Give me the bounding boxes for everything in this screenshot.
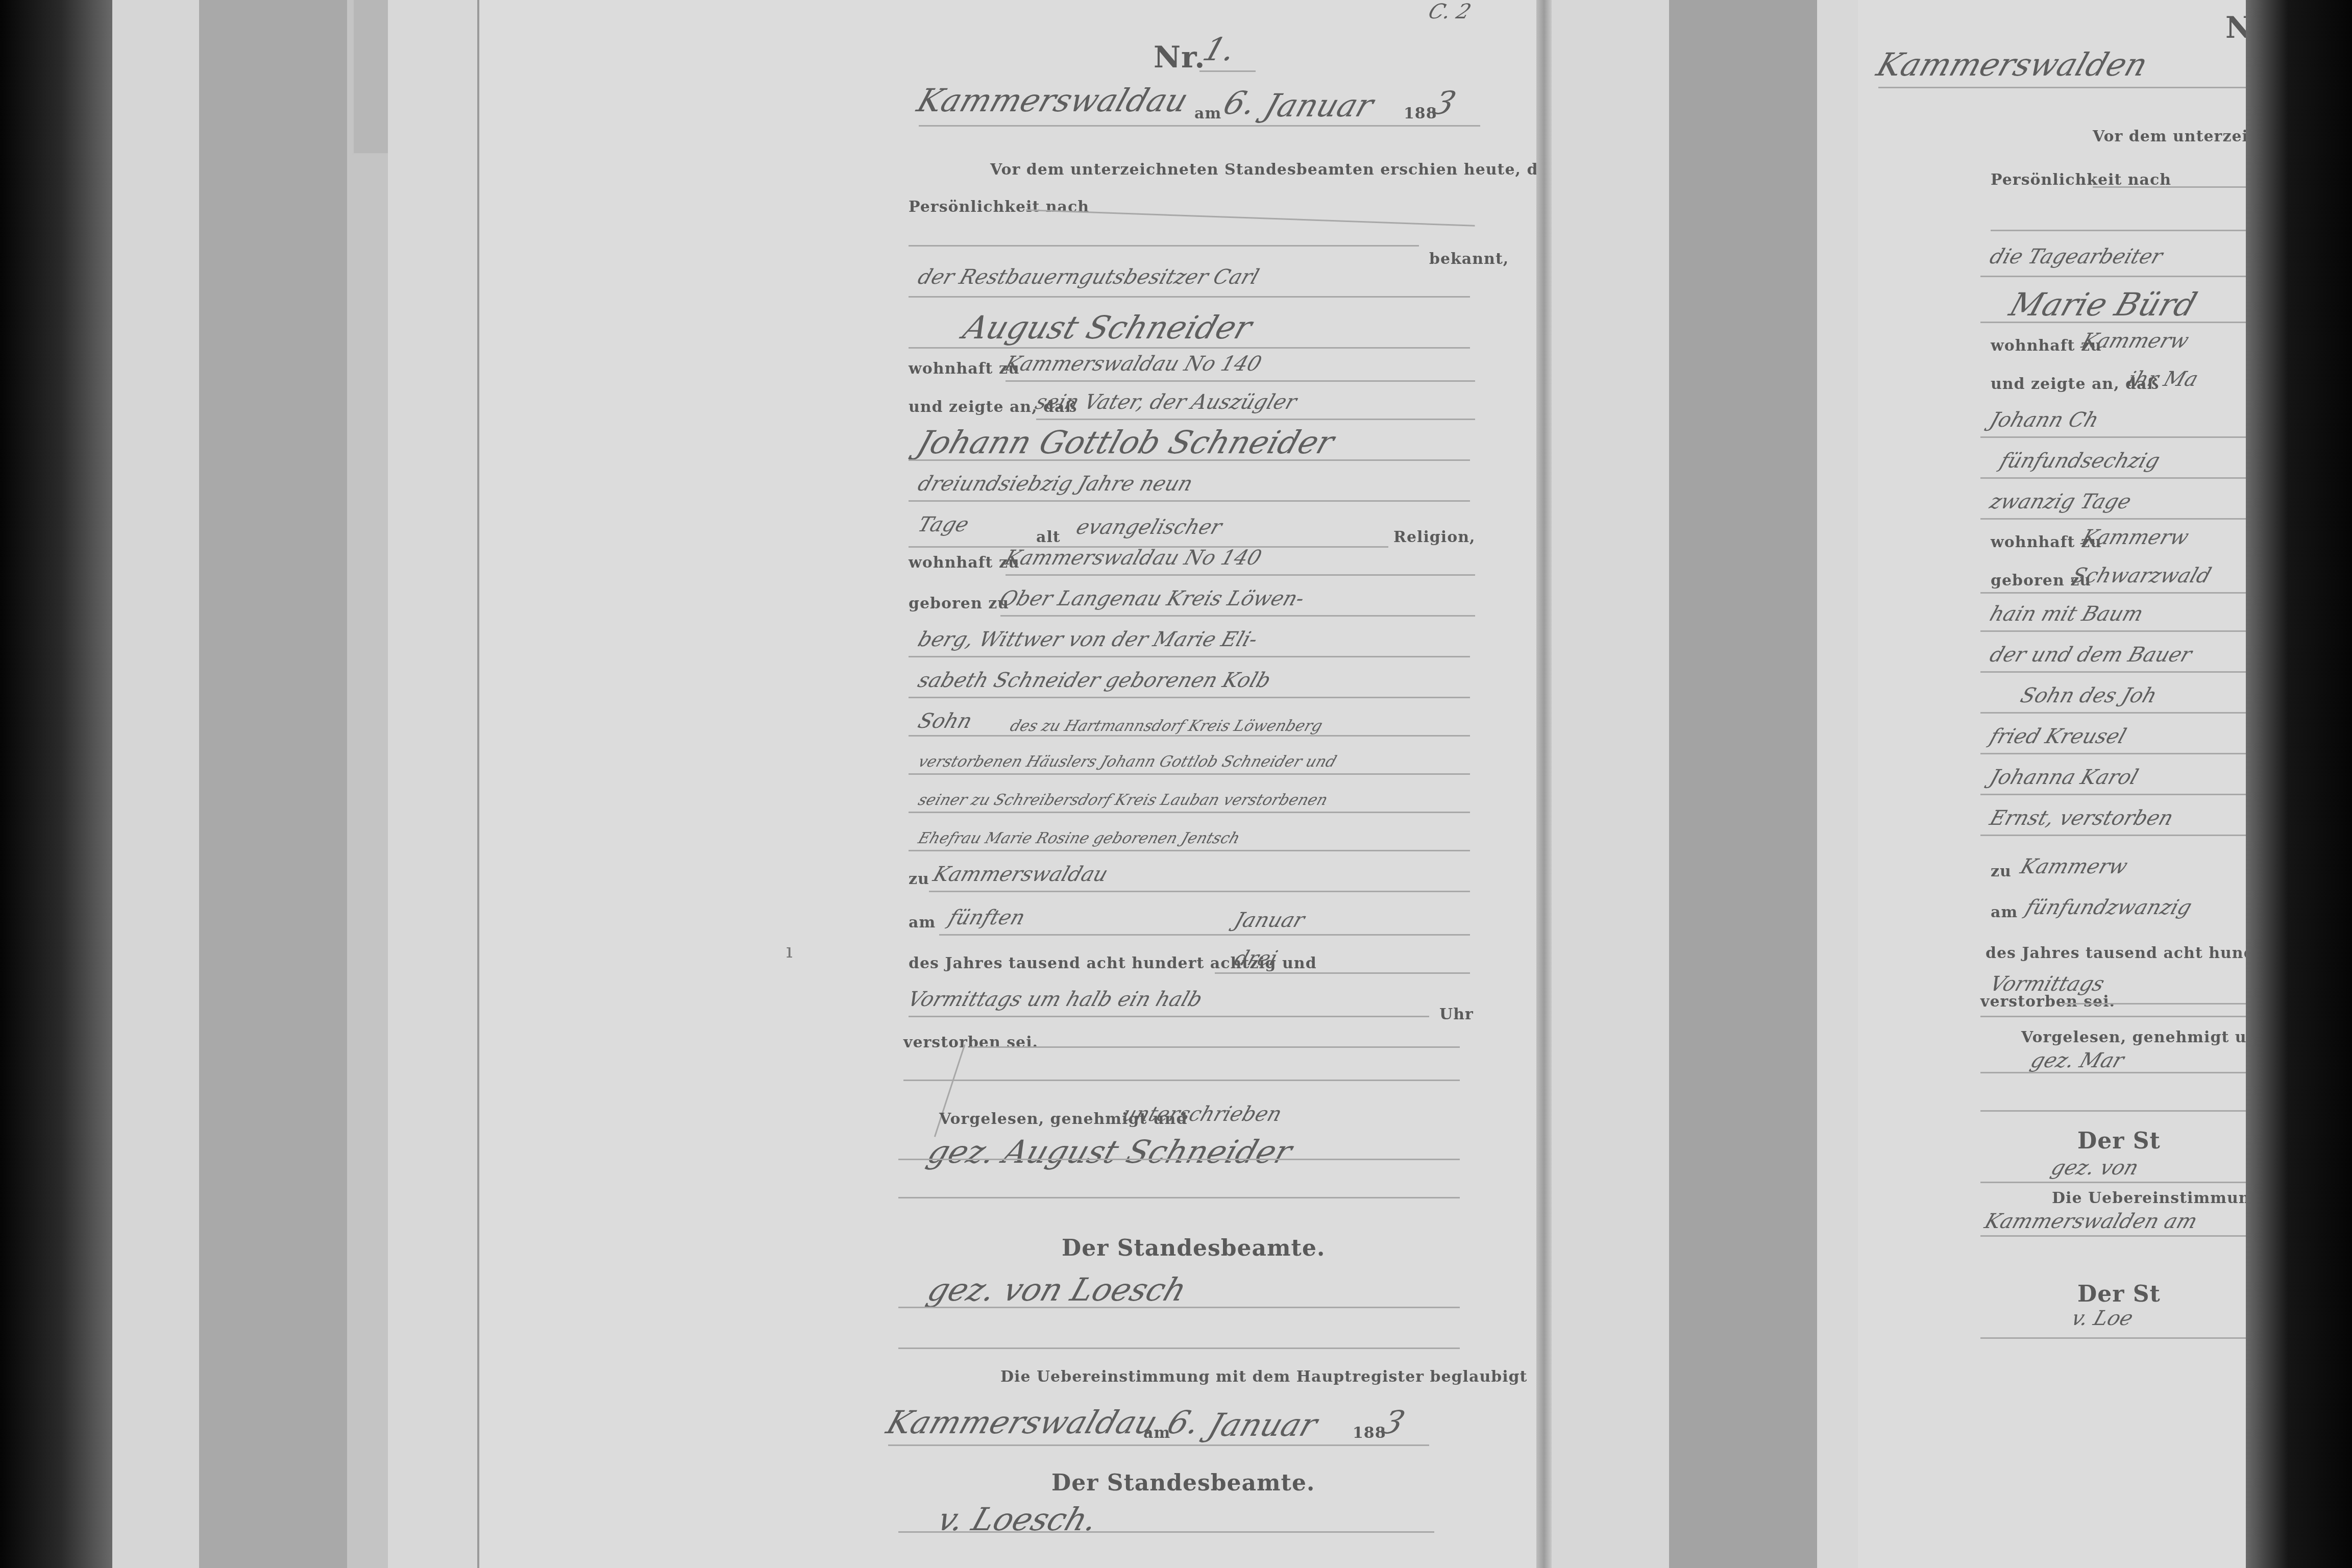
register-page-main: C. 2 Nr. 1. Kammerswaldau am 6. Januar 1… (480, 0, 1536, 1568)
details-line: Johanna Karol (1987, 766, 2141, 789)
binding-gap-left (199, 0, 347, 1568)
details-line: der und dem Bauer (1987, 643, 2195, 667)
rule (1980, 518, 2246, 520)
rule (1980, 1182, 2246, 1183)
rule (1215, 972, 1470, 974)
rule (939, 934, 1470, 936)
stray-ink-mark: ı (786, 939, 793, 963)
prior-page-edge (112, 0, 199, 1568)
rule (2062, 1003, 2246, 1004)
details-line: fried Kreusel (1987, 725, 2129, 748)
intro-line: Vor dem unterzeichneten Standesbeamten e… (990, 161, 1557, 179)
rule (1878, 87, 2246, 88)
rule (1980, 712, 2246, 714)
details-line: des zu Hartmannsdorf Kreis Löwenberg (1008, 717, 1325, 735)
month-value: Januar (1260, 87, 1378, 124)
rule (929, 891, 1470, 892)
rule (1199, 70, 1256, 72)
rule (1980, 276, 2246, 277)
film-edge-left (0, 0, 61, 1568)
jahres-label: des Jahres tausend acht hundert ach (1986, 944, 2246, 962)
am-value: fünfundzwanzig (2023, 896, 2195, 919)
zu-value: Kammerw (2018, 855, 2131, 878)
informant-name: Marie Bürd (2005, 286, 2201, 323)
cert-year-suffix: 3 (1377, 1404, 1409, 1441)
prior-page-strip (347, 0, 388, 1568)
rule (1980, 436, 2246, 438)
rule (898, 1531, 1434, 1533)
day-value: 6. (1219, 84, 1261, 121)
rule (909, 773, 1470, 775)
deceased-name: Johann Ch (1987, 408, 2102, 432)
standesbeamte-heading: Der St (2077, 1128, 2161, 1154)
age-line-2: zwanzig Tage (1987, 490, 2135, 513)
page-margin-gap (1552, 0, 1669, 1568)
uhr-label: Uhr (1439, 1006, 1474, 1023)
cert-place: Kammerswalden am (1982, 1210, 2200, 1233)
am-label: am (1991, 903, 2018, 921)
film-edge-right (2246, 0, 2352, 1568)
rule (1980, 671, 2246, 673)
wohnhaft-value-2: Kammerw (2079, 526, 2192, 549)
rule (1036, 419, 1475, 420)
place-value: Kammerswalden (1872, 46, 2152, 83)
zu-value: Kammerswaldau (930, 863, 1111, 886)
binding-gap-right (1669, 0, 1817, 1568)
details-line: Sohn (915, 709, 975, 733)
rule (909, 1016, 1429, 1017)
details-line: Ernst, verstorben (1987, 806, 2176, 830)
right-page-margin (1817, 0, 1858, 1568)
geboren-value: Ober Langenau Kreis Löwen- (997, 587, 1308, 610)
rule (1006, 574, 1475, 576)
vorgelesen-value: unterschrieben (1119, 1102, 1285, 1126)
rule (2093, 186, 2246, 188)
details-line: verstorbenen Häuslers Johann Gottlob Sch… (916, 753, 1339, 771)
strike-line (1026, 209, 1475, 227)
details-line: seiner zu Schreibersdorf Kreis Lauban ve… (916, 791, 1330, 809)
register-page-right-partial: N Kammerswalden Vor dem unterzeich Persö… (1858, 0, 2246, 1568)
rule (909, 500, 1470, 502)
year-suffix: 3 (1428, 84, 1460, 121)
am-value: fünften (946, 906, 1028, 929)
entry-number-label: N (2225, 10, 2246, 45)
rule (898, 1307, 1460, 1308)
jahres-value: drei (1232, 947, 1281, 970)
rule (1980, 1110, 2246, 1112)
rule (1980, 592, 2246, 594)
rule (1980, 794, 2246, 795)
rule (1000, 615, 1475, 617)
standesbeamte-heading-2: Der St (2077, 1281, 2161, 1307)
details-line: hain mit Baum (1987, 602, 2146, 626)
zeigte-an-value: sein Vater, der Auszügler (1033, 390, 1300, 414)
rule (1980, 835, 2246, 836)
geboren-value: Schwarzwald (2069, 564, 2214, 587)
standesbeamte-signature: gez. von (2048, 1156, 2142, 1180)
informant-signature: gez. Mar (2028, 1049, 2127, 1072)
alt-label: alt (1036, 528, 1061, 546)
rule (919, 125, 1480, 127)
rule (888, 1444, 1429, 1446)
rule (1980, 1016, 2246, 1017)
place-value: Kammerswaldau (913, 82, 1193, 119)
rule (1980, 1235, 2246, 1237)
rule (1980, 630, 2246, 632)
informant-signature: gez. August Schneider (923, 1133, 1297, 1170)
standesbeamte-signature: gez. von Loesch (923, 1271, 1191, 1308)
certification-line: Die Uebereinstimmung mit dem Hauptregist… (1000, 1368, 1527, 1386)
vorgelesen-label: Vorgelesen, genehmigt und (2021, 1028, 2246, 1046)
informant-name: August Schneider (959, 309, 1257, 346)
rule (1006, 380, 1475, 382)
age-line: fünfundsechzig (1997, 449, 2163, 473)
rule (1980, 753, 2246, 754)
informant-occupation: der Restbauerngutsbesitzer Carl (915, 265, 1262, 289)
rule (1980, 1072, 2246, 1073)
bekannt-label: bekannt, (1429, 250, 1509, 268)
age-line: dreiundsiebzig Jahre neun (915, 472, 1196, 496)
rule (898, 1347, 1460, 1349)
details-line: sabeth Schneider geborenen Kolb (915, 669, 1274, 692)
details-line: Sohn des Joh (2018, 684, 2160, 707)
standesbeamte-signature-2: v. Loe (2069, 1307, 2137, 1330)
film-edge-shadow (61, 0, 112, 1568)
rule (909, 347, 1470, 349)
rule (909, 245, 1419, 247)
corner-note: C. 2 (1426, 0, 1474, 23)
rule (909, 296, 1470, 298)
cert-place: Kammerswaldau (882, 1404, 1162, 1441)
rule (1980, 322, 2246, 323)
zu-label: zu (909, 870, 929, 888)
rule (909, 697, 1470, 698)
entry-number-label: Nr. (1154, 40, 1205, 75)
rule (898, 1197, 1460, 1198)
rule (1980, 1337, 2246, 1339)
page-margin-left (388, 0, 480, 1568)
am-label: am (909, 914, 936, 932)
cert-month: Januar (1204, 1406, 1322, 1443)
certification-line: Die Uebereinstimmung mit (2052, 1189, 2246, 1207)
rule (909, 735, 1470, 737)
age-line-2: Tage (915, 513, 972, 536)
wohnhaft-value-2: Kammerswaldau No 140 (1002, 546, 1265, 570)
rule (1991, 230, 2246, 231)
rule (1980, 477, 2246, 479)
geboren-label: geboren zu (909, 595, 1009, 612)
zu-label: zu (1991, 863, 2012, 880)
month-value: Januar (1232, 909, 1308, 932)
standesbeamte-heading-2: Der Standesbeamte. (1051, 1470, 1315, 1496)
zeigte-an-value: ihr Ma (2125, 367, 2201, 391)
time-value: Vormittags um halb ein halb (905, 988, 1206, 1011)
informant-occupation: die Tagearbeiter (1987, 245, 2166, 268)
verstorben-label: verstorben sei. (903, 1034, 1038, 1051)
wohnhaft-value: Kammerswaldau No 140 (1002, 352, 1265, 376)
intro-line: Vor dem unterzeich (2093, 128, 2246, 145)
details-line: berg, Wittwer von der Marie Eli- (915, 628, 1261, 651)
religion-label: Religion, (1393, 528, 1475, 546)
rule (909, 459, 1470, 461)
rule (903, 1080, 1460, 1081)
rule (898, 1159, 1460, 1160)
details-line: Ehefrau Marie Rosine geborenen Jentsch (916, 829, 1242, 847)
standesbeamte-heading: Der Standesbeamte. (1062, 1235, 1325, 1261)
persoenlichkeit-label: Persönlichkeit nach (909, 198, 1089, 216)
entry-number-value: 1. (1198, 31, 1241, 68)
am-label: am (1194, 105, 1221, 122)
deceased-name: Johann Gottlob Schneider (913, 424, 1339, 461)
rule (909, 812, 1470, 813)
page-fold-edge (1536, 0, 1552, 1568)
wohnhaft-value: Kammerw (2079, 329, 2192, 353)
cert-day: 6. (1163, 1404, 1205, 1441)
rule (909, 656, 1470, 657)
rule (909, 850, 1470, 851)
rule (970, 1046, 1460, 1048)
verstorben-label: verstorben sei. (1980, 993, 2115, 1011)
religion-value: evangelischer (1073, 516, 1225, 539)
page-border-line (477, 0, 479, 1568)
